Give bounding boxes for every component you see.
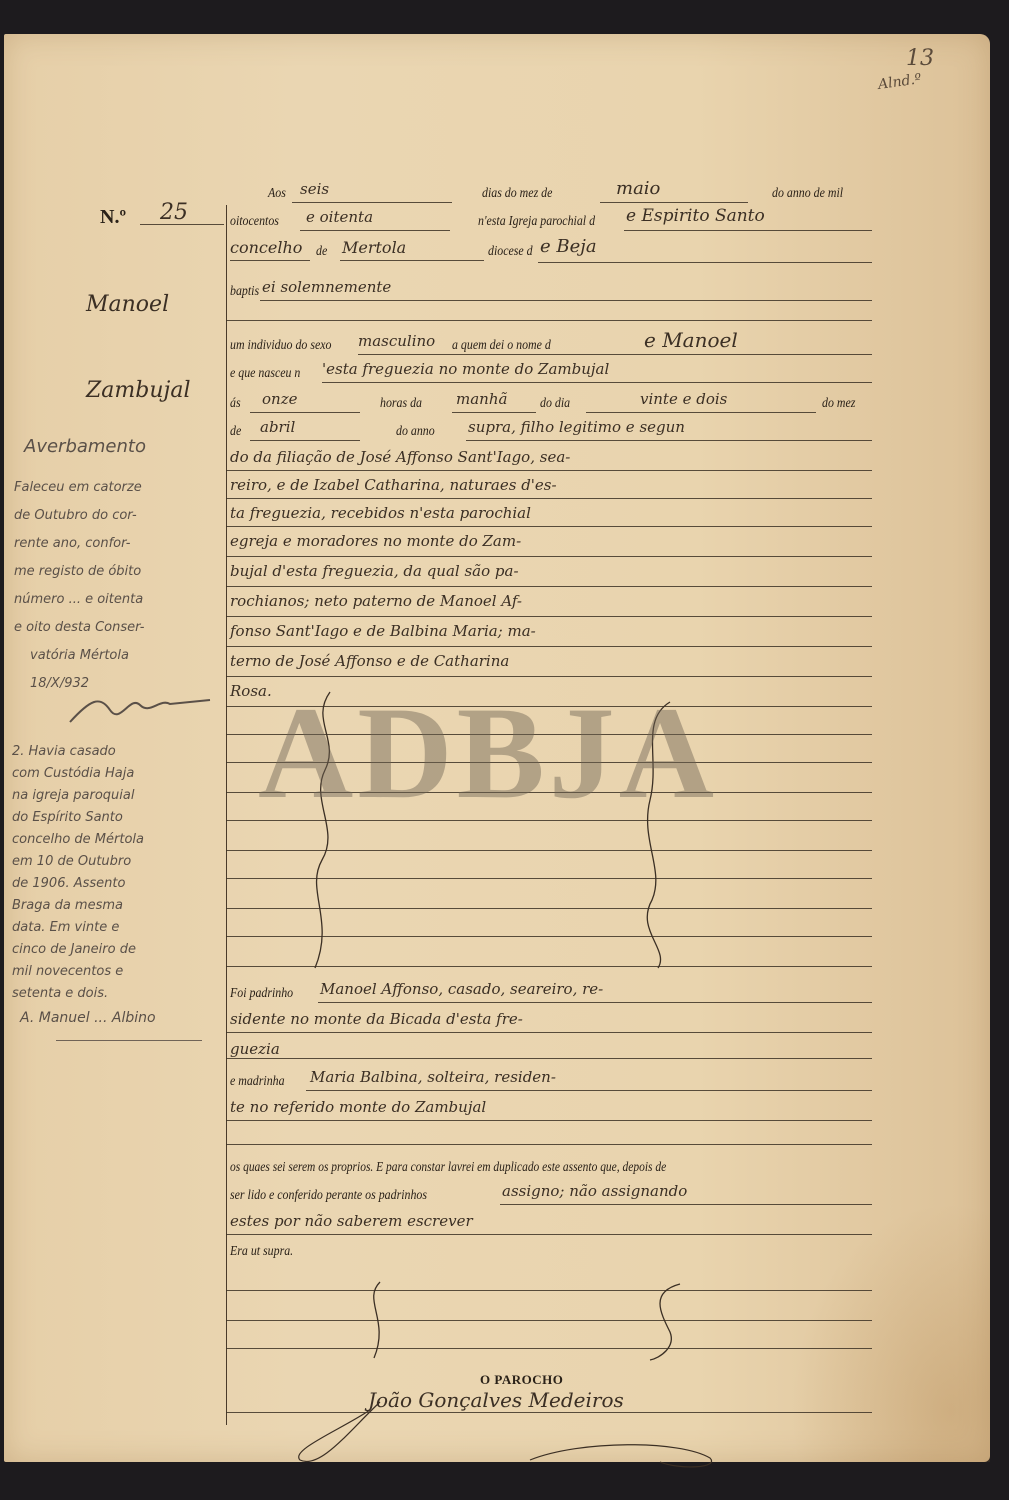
annotation-line: rente ano, confor- [14, 536, 130, 551]
field-rule [226, 556, 872, 557]
godmother-line: Maria Balbina, solteira, residen- [310, 1068, 556, 1086]
field-rule [500, 1204, 872, 1205]
watermark: ADBJA [258, 676, 718, 829]
godfather-line: Manoel Affonso, casado, seareiro, re- [320, 980, 603, 998]
annotation-line: me registo de óbito [14, 564, 141, 579]
annotation-line: concelho de Mértola [12, 832, 144, 847]
era-ut-supra: Era ut supra. [230, 1244, 293, 1260]
field-rule [226, 1032, 872, 1033]
empty-rule [226, 1290, 872, 1291]
annotation-line: 2. Havia casado [12, 744, 116, 759]
field-rule [306, 1090, 872, 1091]
empty-rule [226, 1320, 872, 1321]
field-parish: e Espirito Santo [626, 206, 765, 226]
field-name: e Manoel [644, 328, 738, 352]
printed-text: ás [230, 396, 241, 412]
section-rule [226, 320, 872, 321]
annotation-line: em 10 de Outubro [12, 854, 131, 869]
godmother-label: e madrinha [230, 1074, 285, 1090]
annotation-line: do Espírito Santo [12, 810, 123, 825]
godfather-label: Foi padrinho [230, 986, 293, 1002]
field-rule [226, 470, 872, 471]
printed-text: de [316, 244, 327, 260]
margin-name: Manoel [86, 292, 169, 317]
field-rule [226, 526, 872, 527]
field-rule [230, 260, 310, 261]
folio-note: Alnd.º [877, 71, 922, 93]
field-baptism: ei solemnemente [262, 278, 391, 296]
annotation-line: com Custódia Haja [12, 766, 134, 781]
field-rule [250, 440, 360, 441]
printed-text: um individuo do sexo [230, 338, 331, 354]
signature-flourish [280, 1400, 820, 1470]
field-month: maio [616, 178, 660, 199]
godfather-line: guezia [230, 1040, 280, 1058]
printed-text: diocese d [488, 244, 533, 260]
field-rule [226, 1234, 872, 1235]
annotation-line: Braga da mesma [12, 898, 123, 913]
field-birth-month: abril [260, 418, 295, 436]
field-rule [538, 262, 872, 263]
printed-text: do anno [396, 424, 435, 440]
field-rule [300, 230, 450, 231]
body-line: fonso Sant'Iago e de Balbina Maria; ma- [230, 622, 536, 640]
godfather-line: sidente no monte da Bicada d'esta fre- [230, 1010, 523, 1028]
annotation-line: Faleceu em catorze [14, 480, 142, 495]
field-concelho: concelho [230, 238, 302, 257]
field-hour: onze [262, 390, 297, 408]
annotation-line: setenta e dois. [12, 986, 108, 1001]
body-line: ta freguezia, recebidos n'esta parochial [230, 504, 531, 522]
annotation-line: e oito desta Conser- [14, 620, 144, 635]
field-day: seis [300, 180, 329, 198]
field-birthplace: 'esta freguezia no monte do Zambujal [322, 360, 609, 378]
field-rule [226, 1120, 872, 1121]
annotation-line: na igreja paroquial [12, 788, 134, 803]
field-sex: masculino [358, 332, 435, 350]
field-rule [260, 300, 872, 301]
printed-text: do mez [822, 396, 855, 412]
printed-text: baptis [230, 284, 259, 300]
closing-text: ser lido e conferido perante os padrinho… [230, 1188, 427, 1204]
printed-text: oitocentos [230, 214, 279, 230]
godmother-line: te no referido monte do Zambujal [230, 1098, 486, 1116]
printed-text: dias do mez de [482, 186, 552, 202]
field-rule [318, 1002, 872, 1003]
annotation-signature: A. Manuel ... Albino [20, 1010, 156, 1026]
annotation-date: 18/X/932 [30, 676, 89, 691]
cancel-squiggle-bottom-right [640, 1282, 700, 1362]
field-town: Mertola [342, 238, 406, 257]
field-rule [586, 412, 816, 413]
annotation-line: número ... e oitenta [14, 592, 143, 607]
annotation-title: Averbamento [24, 436, 146, 457]
field-birth-year: supra, filho legitimo e segun [468, 418, 685, 436]
cancel-squiggle-bottom-left [360, 1280, 400, 1360]
entry-number: 25 [160, 200, 188, 225]
body-line: do da filiação de José Affonso Sant'Iago… [230, 448, 570, 466]
field-rule [600, 202, 748, 203]
closing-text: os quaes sei serem os proprios. E para c… [230, 1160, 666, 1176]
field-rule [226, 1144, 872, 1145]
annotation-line: de Outubro do cor- [14, 508, 137, 523]
field-period: manhã [456, 390, 507, 408]
annotation-line: data. Em vinte e [12, 920, 119, 935]
field-rule [452, 412, 536, 413]
body-line: bujal d'esta freguezia, da qual são pa- [230, 562, 519, 580]
body-line: reiro, e de Izabel Catharina, naturaes d… [230, 476, 557, 494]
field-rule [226, 646, 872, 647]
body-line: egreja e moradores no monte do Zam- [230, 532, 521, 550]
field-year: e oitenta [306, 208, 373, 226]
annotation-line: cinco de Janeiro de [12, 942, 136, 957]
field-rule [292, 202, 452, 203]
folio-number: 13 [906, 46, 934, 71]
printed-text: horas da [380, 396, 422, 412]
printed-text: do dia [540, 396, 570, 412]
entry-number-label: N.º [100, 206, 126, 229]
printed-text: e que nasceu n [230, 366, 300, 382]
field-rule [226, 586, 872, 587]
field-birth-day: vinte e dois [640, 390, 727, 408]
field-rule [322, 382, 872, 383]
field-diocese: e Beja [540, 236, 597, 257]
field-rule [226, 498, 872, 499]
closing-handwritten: assigno; não assignando [502, 1182, 687, 1200]
field-rule [226, 1058, 872, 1059]
field-rule [340, 260, 484, 261]
annotation-line: de 1906. Assento [12, 876, 125, 891]
column-divider [226, 205, 227, 1425]
body-line: rochianos; neto paterno de Manoel Af- [230, 592, 522, 610]
field-rule [226, 616, 872, 617]
field-rule [624, 230, 872, 231]
field-rule [250, 412, 360, 413]
printed-text: Aos [268, 186, 286, 202]
printed-text: a quem dei o nome d [452, 338, 551, 354]
closing-handwritten: estes por não saberem escrever [230, 1212, 473, 1230]
annotation-line: vatória Mértola [30, 648, 129, 663]
parish-priest-title: O PAROCHO [480, 1372, 563, 1388]
margin-place: Zambujal [86, 378, 191, 403]
empty-rule [226, 1348, 872, 1349]
field-rule [466, 440, 872, 441]
signature-underline [56, 1040, 202, 1041]
annotation-signature-scribble [60, 690, 220, 730]
annotation-line: mil novecentos e [12, 964, 123, 979]
printed-text: n'esta Igreja parochial d [478, 214, 595, 230]
body-line: terno de José Affonso e de Catharina [230, 652, 509, 670]
printed-text: do anno de mil [772, 186, 843, 202]
field-rule [358, 354, 872, 355]
printed-text: de [230, 424, 241, 440]
